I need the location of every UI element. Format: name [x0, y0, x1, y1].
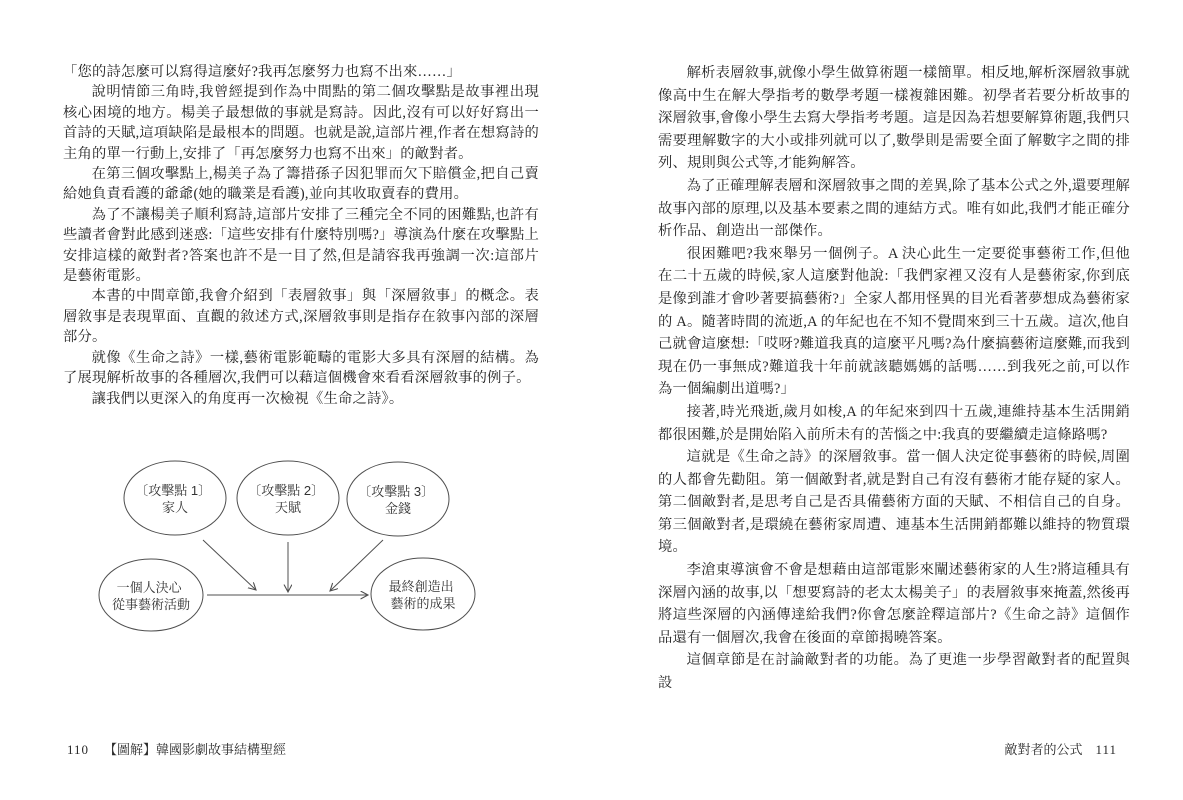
right-page-footer: 敵對者的公式 111: [1004, 739, 1117, 758]
diagram-node-attack-point-3: 〔攻擊點 3〕 金錢: [347, 462, 449, 536]
paragraph: 讓我們以更深入的角度再一次檢視《生命之詩》。: [63, 389, 539, 409]
svg-text:一個人決心 從事藝術活動: 一個人決心 從事藝術活動: [112, 580, 190, 612]
paragraph: 本書的中間章節,我會介紹到「表層敘事」與「深層敘事」的概念。表層敘事是表現單面、…: [63, 286, 539, 347]
paragraph: 這就是《生命之詩》的深層敘事。當一個人決定從事藝術的時候,周圍的人都會先勸阻。第…: [658, 446, 1130, 559]
svg-text:〔攻擊點 2〕 天賦: 〔攻擊點 2〕 天賦: [248, 483, 327, 515]
arrow-attack1-to-action: [203, 540, 256, 590]
paragraph: 解析表層敘事,就像小學生做算術題一樣簡單。相反地,解析深層敘事就像高中生在解大學…: [658, 62, 1130, 175]
node-label: 〔攻擊點 3〕: [358, 484, 434, 499]
paragraph: 這個章節是在討論敵對者的功能。為了更進一步學習敵對者的配置與設: [658, 649, 1130, 694]
node-label: 藝術的成果: [390, 596, 455, 611]
svg-text:〔攻擊點 1〕 家人: 〔攻擊點 1〕 家人: [135, 483, 214, 515]
diagram-node-attack-point-1: 〔攻擊點 1〕 家人: [124, 461, 226, 535]
page-number: 110: [67, 742, 89, 758]
paragraph-dialogue: 「您的詩怎麼可以寫得這麼好?我再怎麼努力也寫不出來……」: [63, 62, 539, 82]
paragraph: 李滄東導演會不會是想藉由這部電影來闡述藝術家的人生?將這種具有深層內涵的故事,以…: [658, 559, 1130, 649]
node-label: 最終創造出: [389, 579, 454, 594]
paragraph: 很困難吧?我來舉另一個例子。A 決心此生一定要從事藝術工作,但他在二十五歲的時候…: [658, 243, 1130, 401]
book-title: 【圖解】韓國影劇故事結構聖經: [104, 739, 286, 758]
book-spread: 「您的詩怎麼可以寫得這麼好?我再怎麼努力也寫不出來……」 說明情節三角時,我曾經…: [0, 0, 1183, 800]
paragraph: 在第三個攻擊點上,楊美子為了籌措孫子因犯罪而欠下賠償金,把自己賣給她負責看護的爺…: [63, 164, 539, 205]
node-label: 天賦: [275, 500, 302, 515]
node-label: 〔攻擊點 2〕: [248, 483, 324, 498]
page-number: 111: [1095, 742, 1117, 758]
left-page-footer: 110 【圖解】韓國影劇故事結構聖經: [67, 739, 286, 758]
left-text-column: 「您的詩怎麼可以寫得這麼好?我再怎麼努力也寫不出來……」 說明情節三角時,我曾經…: [63, 62, 539, 409]
paragraph: 接著,時光飛逝,歲月如梭,A 的年紀來到四十五歲,連維持基本生活開銷都很困難,於…: [658, 401, 1130, 446]
paragraph: 就像《生命之詩》一樣,藝術電影範疇的電影大多具有深層的結構。為了展現解析故事的各…: [63, 348, 539, 389]
svg-text:〔攻擊點 3〕 金錢: 〔攻擊點 3〕 金錢: [358, 484, 437, 516]
node-label: 從事藝術活動: [112, 597, 190, 612]
diagram-node-attack-point-2: 〔攻擊點 2〕 天賦: [237, 461, 339, 535]
arrow-attack3-to-action: [330, 540, 383, 591]
right-text-column: 解析表層敘事,就像小學生做算術題一樣簡單。相反地,解析深層敘事就像高中生在解大學…: [658, 62, 1130, 695]
svg-text:最終創造出 藝術的成果: 最終創造出 藝術的成果: [389, 579, 458, 611]
node-label: 〔攻擊點 1〕: [135, 483, 211, 498]
paragraph: 為了不讓楊美子順利寫詩,這部片安排了三種完全不同的困難點,也許有些讀者會對此感到…: [63, 205, 539, 287]
diagram-node-artistic-result: 最終創造出 藝術的成果: [371, 558, 475, 630]
paragraph: 說明情節三角時,我曾經提到作為中間點的第二個攻擊點是故事裡出現核心困境的地方。楊…: [63, 82, 539, 164]
paragraph: 為了正確理解表層和深層敘事之間的差異,除了基本公式之外,還要理解故事內部的原理,…: [658, 175, 1130, 243]
node-label: 金錢: [385, 501, 411, 516]
node-label: 家人: [162, 500, 188, 515]
chapter-title: 敵對者的公式: [1004, 739, 1082, 758]
story-structure-diagram: 〔攻擊點 1〕 家人 〔攻擊點 2〕 天賦 〔攻擊點 3〕 金錢: [80, 452, 520, 662]
diagram-node-artistic-decision: 一個人決心 從事藝術活動: [99, 559, 203, 631]
node-label: 一個人決心: [117, 580, 183, 595]
